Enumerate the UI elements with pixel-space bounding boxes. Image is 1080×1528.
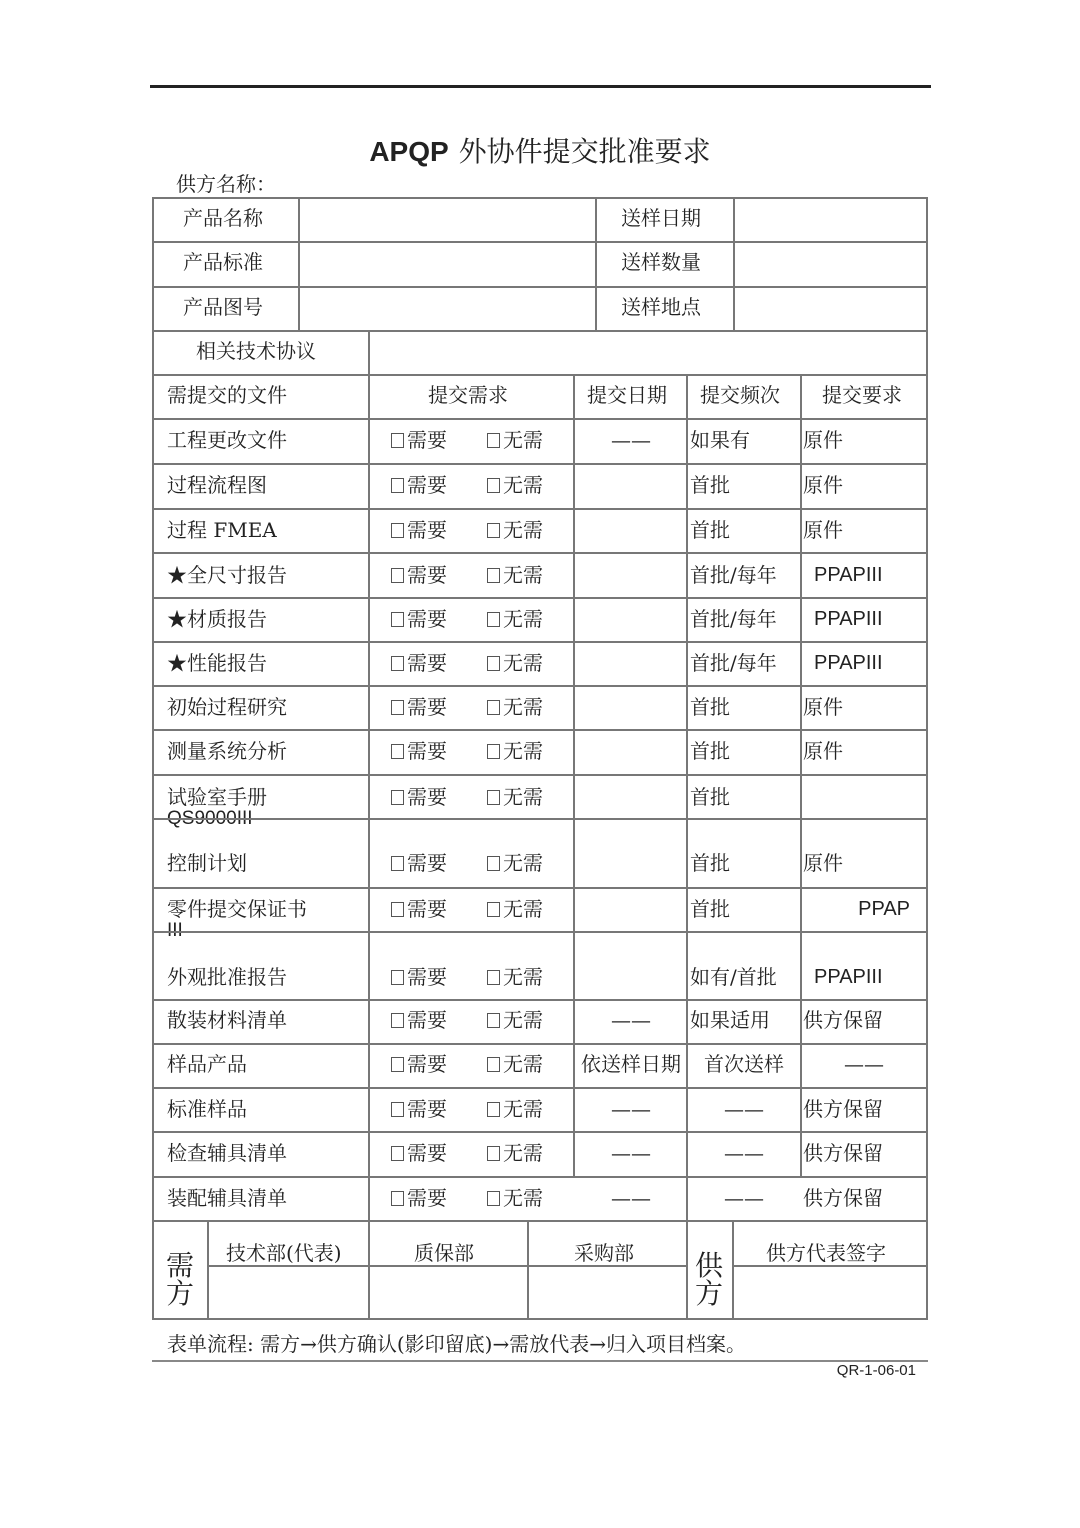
submit-requirement: PPAPIII <box>814 965 883 989</box>
submit-date[interactable]: —— <box>575 1008 687 1032</box>
supplier-sign-label: 供方代表签字 <box>766 1241 886 1265</box>
no-need-checkbox[interactable]: 无需 <box>487 563 543 587</box>
document-name: 散装材料清单 <box>167 1008 287 1032</box>
document-name: 检查辅具清单 <box>167 1141 287 1165</box>
need-checkbox[interactable]: 需要 <box>391 965 447 989</box>
row-divider <box>152 999 928 1001</box>
header-value-field[interactable] <box>302 288 594 328</box>
supplier-signature-field[interactable] <box>735 1268 925 1316</box>
checkbox-icon <box>487 478 500 493</box>
title-latin: APQP <box>369 136 448 167</box>
submit-frequency: 首批 <box>690 897 730 921</box>
document-name: ★全尺寸报告 <box>167 563 287 587</box>
purchase-signature-field[interactable] <box>530 1268 730 1316</box>
table-border-right <box>926 197 928 1319</box>
buyer-signature-field[interactable] <box>210 1268 526 1316</box>
table-border-bottom <box>152 1318 928 1320</box>
header-label: 产品标准 <box>183 250 263 274</box>
checkbox-icon <box>391 856 404 871</box>
checkbox-icon <box>391 1102 404 1117</box>
row-divider <box>152 597 928 599</box>
checkbox-icon <box>487 1146 500 1161</box>
need-checkbox[interactable]: 需要 <box>391 1141 447 1165</box>
checkbox-icon <box>487 612 500 627</box>
document-name: 标准样品 <box>167 1097 247 1121</box>
checkbox-icon <box>487 856 500 871</box>
submit-requirement: PPAP <box>802 897 910 921</box>
row-divider <box>152 685 928 687</box>
checkbox-icon <box>391 700 404 715</box>
col-divider <box>800 374 802 1176</box>
checkbox-icon <box>391 902 404 917</box>
checkbox-icon <box>487 970 500 985</box>
submit-frequency: 首批 <box>690 473 730 497</box>
checkbox-icon <box>391 1146 404 1161</box>
row-divider <box>152 1087 928 1089</box>
supplier-name-label: 供方名称： <box>176 168 276 197</box>
checkbox-icon <box>487 1013 500 1028</box>
checkbox-icon <box>487 902 500 917</box>
header-label: 产品名称 <box>183 206 263 230</box>
row-divider <box>152 774 928 776</box>
row-divider <box>207 1265 528 1267</box>
submit-requirement: PPAPIII <box>814 607 883 631</box>
header-value-field[interactable] <box>302 243 594 283</box>
submit-frequency: 如有/首批 <box>690 965 777 989</box>
col-divider <box>595 197 597 330</box>
need-checkbox[interactable]: 需要 <box>391 785 447 809</box>
row-divider <box>152 729 928 731</box>
no-need-checkbox[interactable]: 无需 <box>487 1186 543 1210</box>
page-title: APQP外协件提交批准要求 <box>0 130 1080 170</box>
document-name: 测量系统分析 <box>167 739 287 763</box>
checkbox-icon <box>391 744 404 759</box>
checkbox-icon <box>487 523 500 538</box>
checkbox-icon <box>391 478 404 493</box>
need-checkbox[interactable]: 需要 <box>391 1097 447 1121</box>
no-need-checkbox[interactable]: 无需 <box>487 739 543 763</box>
header-right-value-field[interactable] <box>736 243 926 283</box>
need-checkbox[interactable]: 需要 <box>391 428 447 452</box>
submit-date[interactable]: —— <box>575 1141 687 1165</box>
buyer-label: 需方 <box>166 1252 196 1308</box>
header-right-label: 送样数量 <box>621 250 701 274</box>
no-need-checkbox[interactable]: 无需 <box>487 473 543 497</box>
submit-requirement: 原件 <box>803 739 843 763</box>
col-divider <box>527 1220 529 1319</box>
checkbox-icon <box>391 656 404 671</box>
document-name: 过程流程图 <box>167 473 267 497</box>
need-checkbox[interactable]: 需要 <box>391 651 447 675</box>
checkbox-icon <box>391 790 404 805</box>
submit-date[interactable]: —— <box>575 1186 687 1210</box>
col-divider <box>732 1220 734 1319</box>
submit-requirement: 原件 <box>803 473 843 497</box>
submit-frequency: 首批 <box>690 695 730 719</box>
no-need-checkbox[interactable]: 无需 <box>487 1008 543 1032</box>
submit-frequency: 首批 <box>690 739 730 763</box>
row-divider <box>152 463 928 465</box>
checkbox-icon <box>487 1191 500 1206</box>
checkbox-icon <box>391 568 404 583</box>
submit-requirement: 供方保留 <box>803 1186 883 1210</box>
submit-frequency: 首批 <box>690 518 730 542</box>
no-need-checkbox[interactable]: 无需 <box>487 851 543 875</box>
col-divider <box>686 374 688 1319</box>
document-name: ★材质报告 <box>167 607 267 631</box>
column-header: 提交频次 <box>700 383 780 407</box>
need-checkbox[interactable]: 需要 <box>391 563 447 587</box>
column-header: 提交需求 <box>428 383 508 407</box>
row-divider <box>152 374 928 376</box>
submit-requirement: 原件 <box>803 518 843 542</box>
no-need-checkbox[interactable]: 无需 <box>487 695 543 719</box>
footer-rule <box>152 1360 928 1362</box>
tech-agreement-field[interactable] <box>371 332 926 372</box>
checkbox-icon <box>391 523 404 538</box>
column-header: 提交日期 <box>587 383 667 407</box>
row-divider <box>152 1176 928 1178</box>
submit-requirement: PPAPIII <box>814 563 883 587</box>
submit-requirement: 原件 <box>803 851 843 875</box>
submit-requirement: —— <box>803 1052 925 1076</box>
need-checkbox[interactable]: 需要 <box>391 739 447 763</box>
checkbox-icon <box>487 1102 500 1117</box>
col-divider <box>368 330 370 1320</box>
document-name: 控制计划 <box>167 851 247 875</box>
checkbox-icon <box>487 700 500 715</box>
need-checkbox[interactable]: 需要 <box>391 1052 447 1076</box>
submit-frequency: 首批 <box>690 785 730 809</box>
row-divider <box>152 1043 928 1045</box>
row-divider <box>732 1265 928 1267</box>
submit-requirement: PPAPIII <box>814 651 883 675</box>
checkbox-icon <box>391 1013 404 1028</box>
checkbox-icon <box>487 744 500 759</box>
checkbox-icon <box>487 790 500 805</box>
checkbox-icon <box>391 612 404 627</box>
submit-frequency: 首批/每年 <box>690 651 777 675</box>
submit-frequency: 如果有 <box>690 428 750 452</box>
document-name: 工程更改文件 <box>167 428 287 452</box>
no-need-checkbox[interactable]: 无需 <box>487 897 543 921</box>
buyer-dept-tech: 技术部(代表) <box>226 1241 342 1265</box>
row-divider <box>152 1131 928 1133</box>
no-need-checkbox[interactable]: 无需 <box>487 1052 543 1076</box>
checkbox-icon <box>487 656 500 671</box>
checkbox-icon <box>487 433 500 448</box>
document-name: 装配辅具清单 <box>167 1186 287 1210</box>
checkbox-icon <box>391 970 404 985</box>
table-border-left <box>152 197 154 1319</box>
checkbox-icon <box>391 1057 404 1072</box>
need-checkbox[interactable]: 需要 <box>391 695 447 719</box>
submit-frequency: 如果适用 <box>690 1008 770 1032</box>
col-divider <box>573 374 575 1176</box>
need-checkbox[interactable]: 需要 <box>391 897 447 921</box>
buyer-dept-purchase: 采购部 <box>574 1241 634 1265</box>
no-need-checkbox[interactable]: 无需 <box>487 518 543 542</box>
document-name: 初始过程研究 <box>167 695 287 719</box>
need-checkbox[interactable]: 需要 <box>391 851 447 875</box>
row-divider <box>152 818 928 820</box>
need-checkbox[interactable]: 需要 <box>391 518 447 542</box>
submit-date[interactable]: —— <box>575 1097 687 1121</box>
column-header: 提交要求 <box>822 383 902 407</box>
submit-requirement: 供方保留 <box>803 1097 883 1121</box>
header-label: 产品图号 <box>183 295 263 319</box>
row-divider <box>152 1220 928 1222</box>
need-checkbox[interactable]: 需要 <box>391 473 447 497</box>
checkbox-icon <box>391 1191 404 1206</box>
no-need-checkbox[interactable]: 无需 <box>487 1141 543 1165</box>
document-name: 过程 FMEA <box>167 518 277 542</box>
header-right-value-field[interactable] <box>736 288 926 328</box>
submit-frequency: 首次送样 <box>689 1052 799 1076</box>
checkbox-icon <box>487 1057 500 1072</box>
submit-date[interactable]: —— <box>575 428 687 452</box>
row-divider <box>152 641 928 643</box>
no-need-checkbox[interactable]: 无需 <box>487 428 543 452</box>
submit-frequency: 首批/每年 <box>690 563 777 587</box>
top-rule <box>150 85 931 88</box>
row-divider <box>152 418 928 420</box>
document-name: 试验室手册 <box>167 785 267 809</box>
row-divider <box>152 552 928 554</box>
submit-frequency: —— <box>689 1141 799 1165</box>
submit-requirement: 原件 <box>803 695 843 719</box>
col-divider <box>207 1220 209 1319</box>
need-checkbox[interactable]: 需要 <box>391 1186 447 1210</box>
document-name: ★性能报告 <box>167 651 267 675</box>
document-name: 外观批准报告 <box>167 965 287 989</box>
col-divider <box>298 197 300 330</box>
no-need-checkbox[interactable]: 无需 <box>487 651 543 675</box>
document-name: 样品产品 <box>167 1052 247 1076</box>
tech-agreement-label: 相关技术协议 <box>196 339 316 363</box>
submit-frequency: 首批 <box>690 851 730 875</box>
buyer-dept-qa: 质保部 <box>414 1241 474 1265</box>
submit-frequency: —— <box>689 1186 799 1210</box>
no-need-checkbox[interactable]: 无需 <box>487 607 543 631</box>
no-need-checkbox[interactable]: 无需 <box>487 785 543 809</box>
row-divider <box>152 931 928 933</box>
submit-date[interactable]: 依送样日期 <box>575 1052 687 1076</box>
title-chinese: 外协件提交批准要求 <box>459 135 711 168</box>
form-code: QR-1-06-01 <box>837 1362 916 1379</box>
no-need-checkbox[interactable]: 无需 <box>487 1097 543 1121</box>
document-name: 零件提交保证书 <box>167 897 307 921</box>
need-checkbox[interactable]: 需要 <box>391 1008 447 1032</box>
header-right-label: 送样地点 <box>621 295 701 319</box>
submit-requirement: 供方保留 <box>803 1141 883 1165</box>
need-checkbox[interactable]: 需要 <box>391 607 447 631</box>
row-divider <box>152 887 928 889</box>
submit-requirement: 原件 <box>803 428 843 452</box>
checkbox-icon <box>391 433 404 448</box>
col-divider <box>733 197 735 330</box>
header-right-label: 送样日期 <box>621 206 701 230</box>
header-value-field[interactable] <box>302 199 594 239</box>
no-need-checkbox[interactable]: 无需 <box>487 965 543 989</box>
row-divider <box>152 508 928 510</box>
row-divider <box>527 1265 687 1267</box>
submit-frequency: —— <box>689 1097 799 1121</box>
submit-frequency: 首批/每年 <box>690 607 777 631</box>
column-header: 需提交的文件 <box>167 383 287 407</box>
header-right-value-field[interactable] <box>736 199 926 239</box>
form-flow-text: 表单流程: 需方→供方确认(影印留底)→需放代表→归入项目档案。 <box>167 1328 746 1357</box>
checkbox-icon <box>487 568 500 583</box>
submit-requirement: 供方保留 <box>803 1008 883 1032</box>
